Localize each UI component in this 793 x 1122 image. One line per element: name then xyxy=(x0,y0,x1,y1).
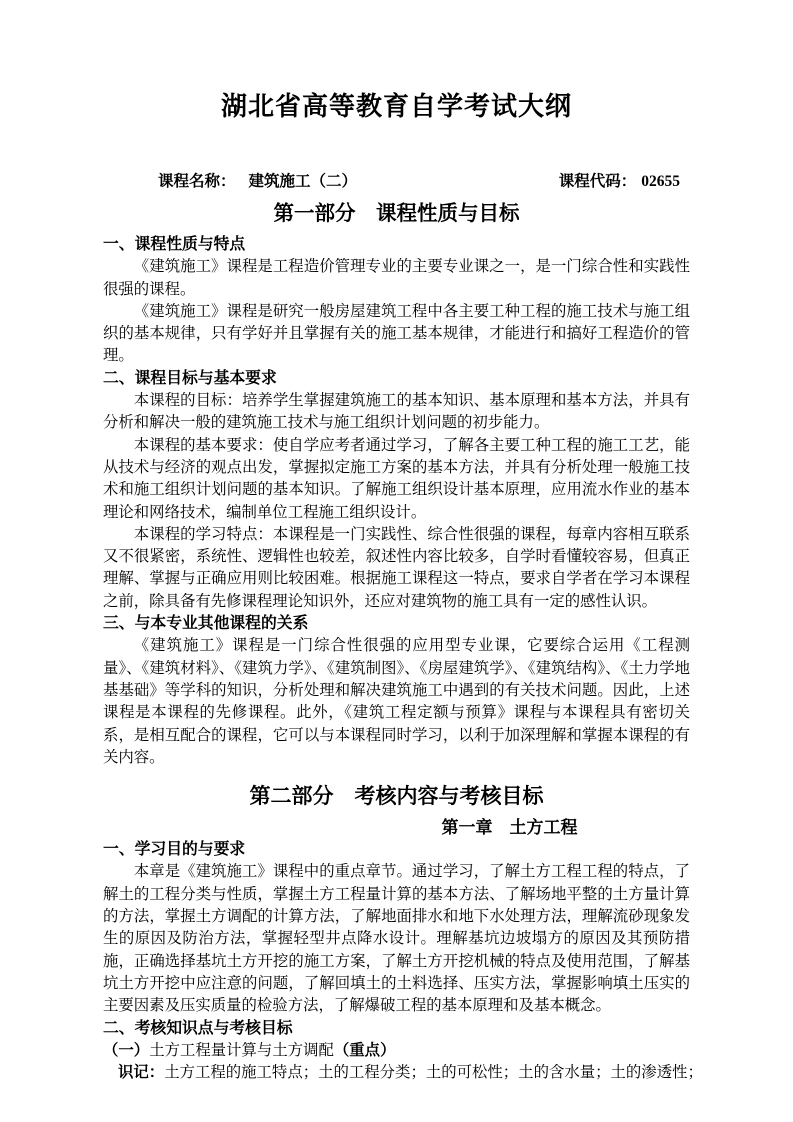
part1-section2-paragraph-1: 本课程的目标：培养学生掌握建筑施工的基本知识、基本原理和基本方法，并具有分析和解… xyxy=(103,390,690,435)
document-page: 湖北省高等教育自学考试大纲 课程名称：建筑施工（二） 课程代码：02655 第一… xyxy=(0,0,793,1122)
knowledge-point-item-1: （一）土方工程量计算与土方调配（重点） xyxy=(103,1040,690,1062)
part1-section3-paragraph-1: 《建筑施工》课程是一门综合性很强的应用型专业课，它要综合运用《工程测量》、《建筑… xyxy=(103,635,690,769)
item-number: （一） xyxy=(103,1042,149,1059)
part1-section2-paragraph-3: 本课程的学习特点：本课程是一门实践性、综合性很强的课程，每章内容相互联系又不很紧… xyxy=(103,524,690,613)
point-label: 识记： xyxy=(118,1064,164,1081)
document-title: 湖北省高等教育自学考试大纲 xyxy=(103,90,690,124)
chapter1-heading: 第一章 土方工程 xyxy=(329,816,690,839)
chapter1-section2-heading: 二、考核知识点与考核目标 xyxy=(103,1018,690,1040)
part1-section1-paragraph-2: 《建筑施工》课程是研究一般房屋建筑工程中各主要工种工程的施工技术与施工组织的基本… xyxy=(103,301,690,368)
chapter1-section1-heading: 一、学习目的与要求 xyxy=(103,839,690,861)
course-code-value: 02655 xyxy=(641,173,680,190)
part1-section3-heading: 三、与本专业其他课程的关系 xyxy=(103,613,690,635)
chapter1-section1-paragraph-1: 本章是《建筑施工》课程中的重点章节。通过学习，了解土方工程工程的特点，了解土的工… xyxy=(103,861,690,1017)
course-code: 课程代码：02655 xyxy=(559,171,680,193)
course-code-label: 课程代码： xyxy=(559,173,637,190)
course-name: 课程名称：建筑施工（二） xyxy=(158,171,357,193)
course-name-value: 建筑施工（二） xyxy=(249,173,358,190)
knowledge-point-detail-1: 识记：土方工程的施工特点；土的工程分类；土的可松性；土的含水量；土的渗透性； xyxy=(118,1062,690,1084)
part1-heading: 第一部分 课程性质与目标 xyxy=(103,200,690,229)
course-meta-row: 课程名称：建筑施工（二） 课程代码：02655 xyxy=(103,171,690,193)
item-emphasis-tag: （重点） xyxy=(334,1042,396,1059)
part1-section2-paragraph-2: 本课程的基本要求：使自学应考者通过学习，了解各主要工种工程的施工工艺，能从技术与… xyxy=(103,435,690,524)
course-name-label: 课程名称： xyxy=(158,173,236,190)
part1-section1-paragraph-1: 《建筑施工》课程是工程造价管理专业的主要专业课之一，是一门综合性和实践性很强的课… xyxy=(103,256,690,301)
part1-section1-heading: 一、课程性质与特点 xyxy=(103,234,690,256)
item-title: 土方工程量计算与土方调配 xyxy=(149,1042,334,1059)
point-text: 土方工程的施工特点；土的工程分类；土的可松性；土的含水量；土的渗透性； xyxy=(164,1064,703,1081)
part2-heading: 第二部分 考核内容与考核目标 xyxy=(103,781,690,811)
part1-section2-heading: 二、课程目标与基本要求 xyxy=(103,368,690,390)
